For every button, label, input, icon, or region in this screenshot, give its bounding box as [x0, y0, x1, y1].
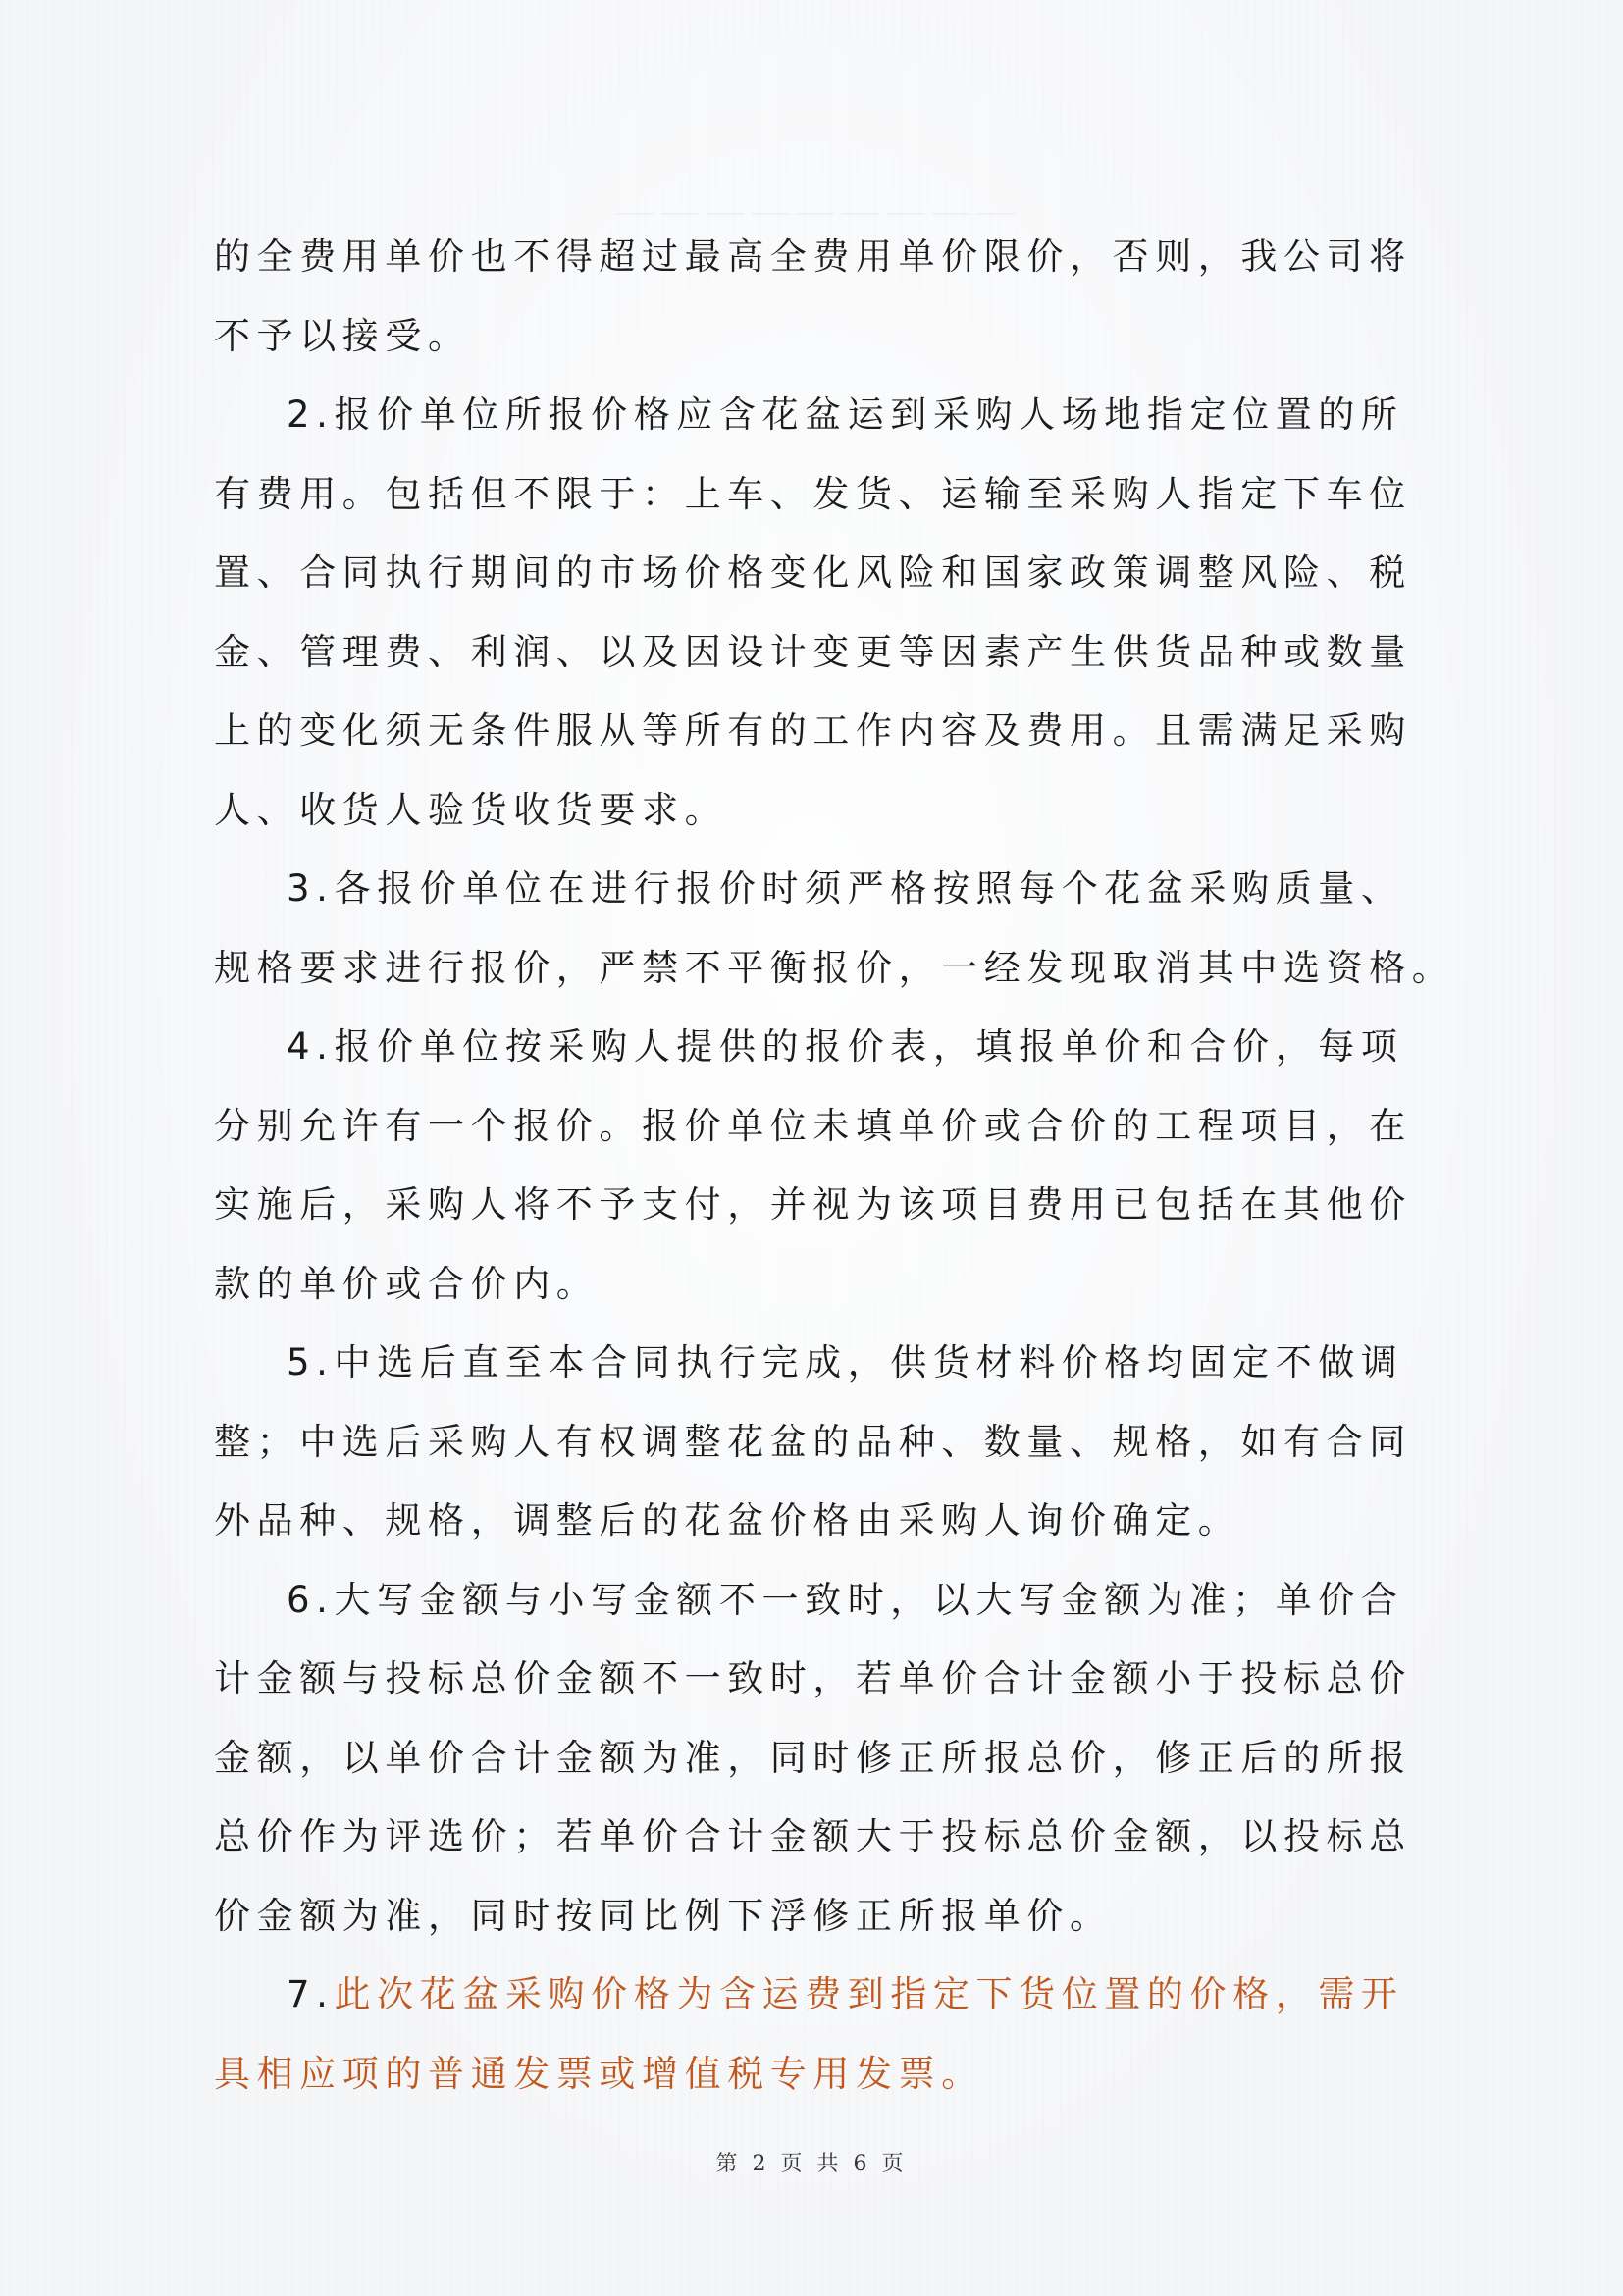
text-line: 3.各报价单位在进行报价时须严格按照每个花盆采购质量、 [214, 850, 1440, 929]
text-line: 分别允许有一个报价。报价单位未填单价或合价的工程项目，在 [214, 1087, 1440, 1167]
text-line: 人、收货人验货收货要求。 [214, 771, 1440, 851]
page-number-footer: 第 2 页 共 6 页 [0, 2147, 1623, 2177]
text-line: 上的变化须无条件服从等所有的工作内容及费用。且需满足采购 [214, 692, 1440, 771]
paragraph-item-6: 6.大写金额与小写金额不一致时，以大写金额为准；单价合 计金额与投标总价金额不一… [214, 1561, 1440, 1957]
text-line: 不予以接受。 [214, 297, 1440, 377]
text-line: 6.大写金额与小写金额不一致时，以大写金额为准；单价合 [214, 1561, 1440, 1641]
scanned-page: ＿＿＿＿＿＿＿＿＿ 的全费用单价也不得超过最高全费用单价限价，否则，我公司将 不… [0, 0, 1623, 2296]
paragraph-continuation: 的全费用单价也不得超过最高全费用单价限价，否则，我公司将 不予以接受。 [214, 218, 1440, 376]
document-body: 的全费用单价也不得超过最高全费用单价限价，否则，我公司将 不予以接受。 2.报价… [214, 218, 1440, 2113]
text-line: 实施后，采购人将不予支付，并视为该项目费用已包括在其他价 [214, 1166, 1440, 1245]
text-line: 金、管理费、利润、以及因设计变更等因素产生供货品种或数量 [214, 613, 1440, 693]
paragraph-item-2: 2.报价单位所报价格应含花盆运到采购人场地指定位置的所 有费用。包括但不限于：上… [214, 376, 1440, 850]
paragraph-item-7: 7.此次花盆采购价格为含运费到指定下货位置的价格，需开 具相应项的普通发票或增值… [214, 1956, 1440, 2113]
paragraph-item-4: 4.报价单位按采购人提供的报价表，填报单价和合价，每项 分别允许有一个报价。报价… [214, 1008, 1440, 1324]
paragraph-item-3: 3.各报价单位在进行报价时须严格按照每个花盆采购质量、 规格要求进行报价，严禁不… [214, 850, 1440, 1008]
text-line: 有费用。包括但不限于：上车、发货、运输至采购人指定下车位 [214, 455, 1440, 535]
text-line: 2.报价单位所报价格应含花盆运到采购人场地指定位置的所 [214, 376, 1440, 455]
paragraph-item-5: 5.中选后直至本合同执行完成，供货材料价格均固定不做调 整；中选后采购人有权调整… [214, 1324, 1440, 1561]
bleed-through-text: ＿＿＿＿＿＿＿＿＿ [608, 167, 1015, 221]
text-line: 计金额与投标总价金额不一致时，若单价合计金额小于投标总价 [214, 1640, 1440, 1719]
text-line: 总价作为评选价；若单价合计金额大于投标总价金额，以投标总 [214, 1798, 1440, 1877]
text-line: 款的单价或合价内。 [214, 1245, 1440, 1325]
text-line: 7.此次花盆采购价格为含运费到指定下货位置的价格，需开 [214, 1956, 1440, 2035]
item-number: 7. [287, 1973, 335, 2015]
highlighted-text-line: 具相应项的普通发票或增值税专用发票。 [214, 2035, 1440, 2114]
text-line: 金额，以单价合计金额为准，同时修正所报总价，修正后的所报 [214, 1719, 1440, 1799]
text-line: 规格要求进行报价，严禁不平衡报价，一经发现取消其中选资格。 [214, 929, 1440, 1009]
text-line: 5.中选后直至本合同执行完成，供货材料价格均固定不做调 [214, 1324, 1440, 1403]
text-line: 整；中选后采购人有权调整花盆的品种、数量、规格，如有合同 [214, 1403, 1440, 1483]
text-line: 外品种、规格，调整后的花盆价格由采购人询价确定。 [214, 1482, 1440, 1561]
text-line: 价金额为准，同时按同比例下浮修正所报单价。 [214, 1877, 1440, 1957]
text-line: 4.报价单位按采购人提供的报价表，填报单价和合价，每项 [214, 1008, 1440, 1087]
text-line: 置、合同执行期间的市场价格变化风险和国家政策调整风险、税 [214, 534, 1440, 613]
text-line: 的全费用单价也不得超过最高全费用单价限价，否则，我公司将 [214, 218, 1440, 297]
highlighted-text: 此次花盆采购价格为含运费到指定下货位置的价格，需开 [335, 1973, 1404, 2015]
